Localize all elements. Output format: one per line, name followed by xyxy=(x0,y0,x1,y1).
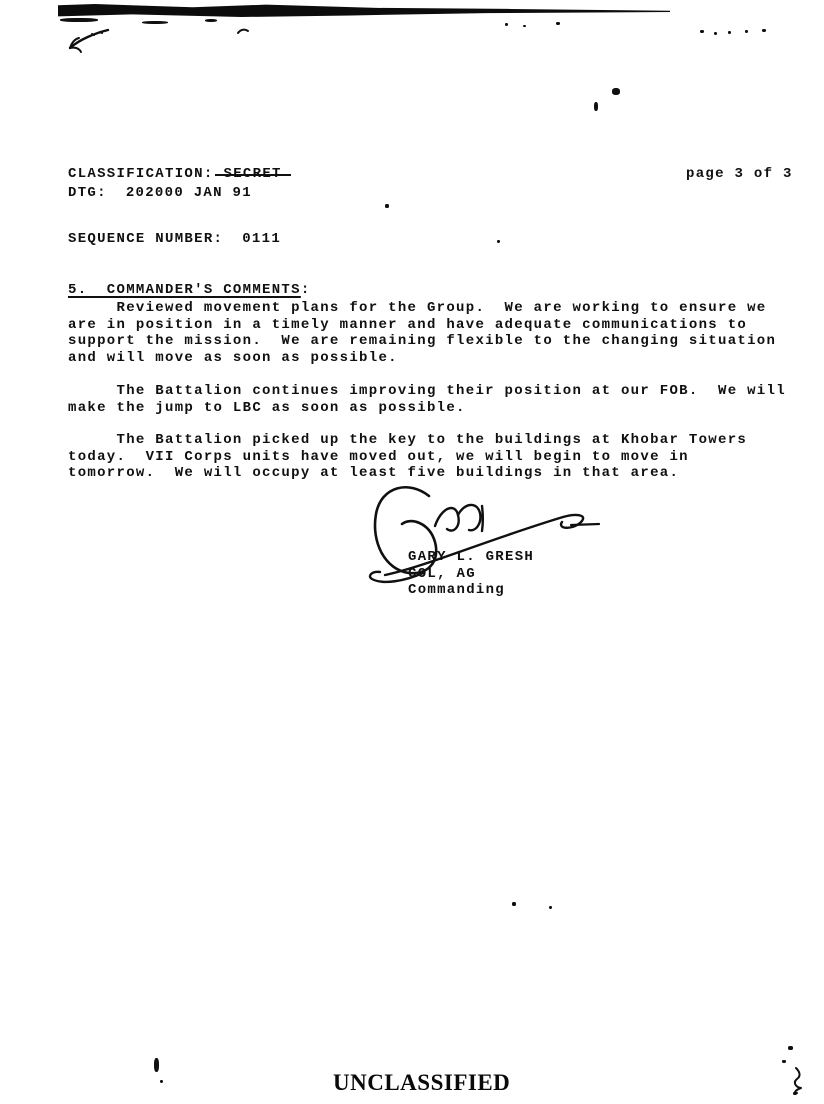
scan-artifact-curl xyxy=(784,1066,804,1094)
scan-artifact xyxy=(505,23,508,26)
scanned-document-page: CLASSIFICATION:SECRET page 3 of 3 DTG:20… xyxy=(0,0,824,1104)
scan-artifact xyxy=(385,204,389,208)
scan-artifact-ink-mark xyxy=(594,102,598,111)
scan-artifact xyxy=(728,31,731,34)
scan-artifact-tick xyxy=(236,26,250,36)
dtg-line: DTG:202000 JAN 91 xyxy=(68,185,252,202)
paragraph-2: The Battalion continues improving their … xyxy=(68,383,786,416)
section-heading-text: 5. COMMANDER'S COMMENTS xyxy=(68,282,301,298)
sequence-number-value: 0111 xyxy=(242,231,281,247)
scan-artifact-handwritten-check xyxy=(62,26,120,56)
scan-artifact xyxy=(745,30,748,33)
section-heading-colon: : xyxy=(301,282,311,298)
scan-artifact xyxy=(714,32,717,35)
sequence-number-label: SEQUENCE NUMBER: xyxy=(68,231,223,247)
signature-title: Commanding xyxy=(408,582,505,598)
section-heading: 5. COMMANDER'S COMMENTS: xyxy=(68,282,311,299)
sequence-number-line: SEQUENCE NUMBER:0111 xyxy=(68,231,281,248)
scan-artifact-ink-blob xyxy=(612,88,620,95)
scan-artifact xyxy=(60,18,98,22)
scan-artifact xyxy=(762,29,766,32)
signature-name: GARY L. GRESH xyxy=(408,549,534,565)
scan-artifact xyxy=(782,1060,786,1063)
scan-artifact xyxy=(142,21,168,24)
paragraph-3: The Battalion picked up the key to the b… xyxy=(68,432,747,482)
scan-artifact xyxy=(700,30,704,33)
classification-line: CLASSIFICATION:SECRET xyxy=(68,166,282,183)
scan-artifact xyxy=(556,22,560,25)
signature-rank: COL, AG xyxy=(408,566,476,582)
page-number: page 3 of 3 xyxy=(686,166,793,183)
classification-label: CLASSIFICATION: xyxy=(68,166,214,182)
scan-artifact xyxy=(205,19,217,22)
scan-artifact-top-band xyxy=(58,4,670,17)
paragraph-1: Reviewed movement plans for the Group. W… xyxy=(68,300,776,366)
scan-artifact xyxy=(497,240,500,243)
scan-artifact-pen-mark xyxy=(154,1058,159,1072)
classification-value-struck: SECRET xyxy=(224,166,282,183)
signature-block: GARY L. GRESH COL, AG Commanding xyxy=(408,549,534,599)
dtg-value: 202000 JAN 91 xyxy=(126,185,252,201)
footer-marking: UNCLASSIFIED xyxy=(333,1070,510,1096)
scan-artifact xyxy=(523,25,526,27)
scan-artifact xyxy=(549,906,552,909)
scan-artifact xyxy=(788,1046,793,1050)
dtg-label: DTG: xyxy=(68,185,107,201)
scan-artifact xyxy=(512,902,516,906)
scan-artifact xyxy=(160,1080,163,1083)
